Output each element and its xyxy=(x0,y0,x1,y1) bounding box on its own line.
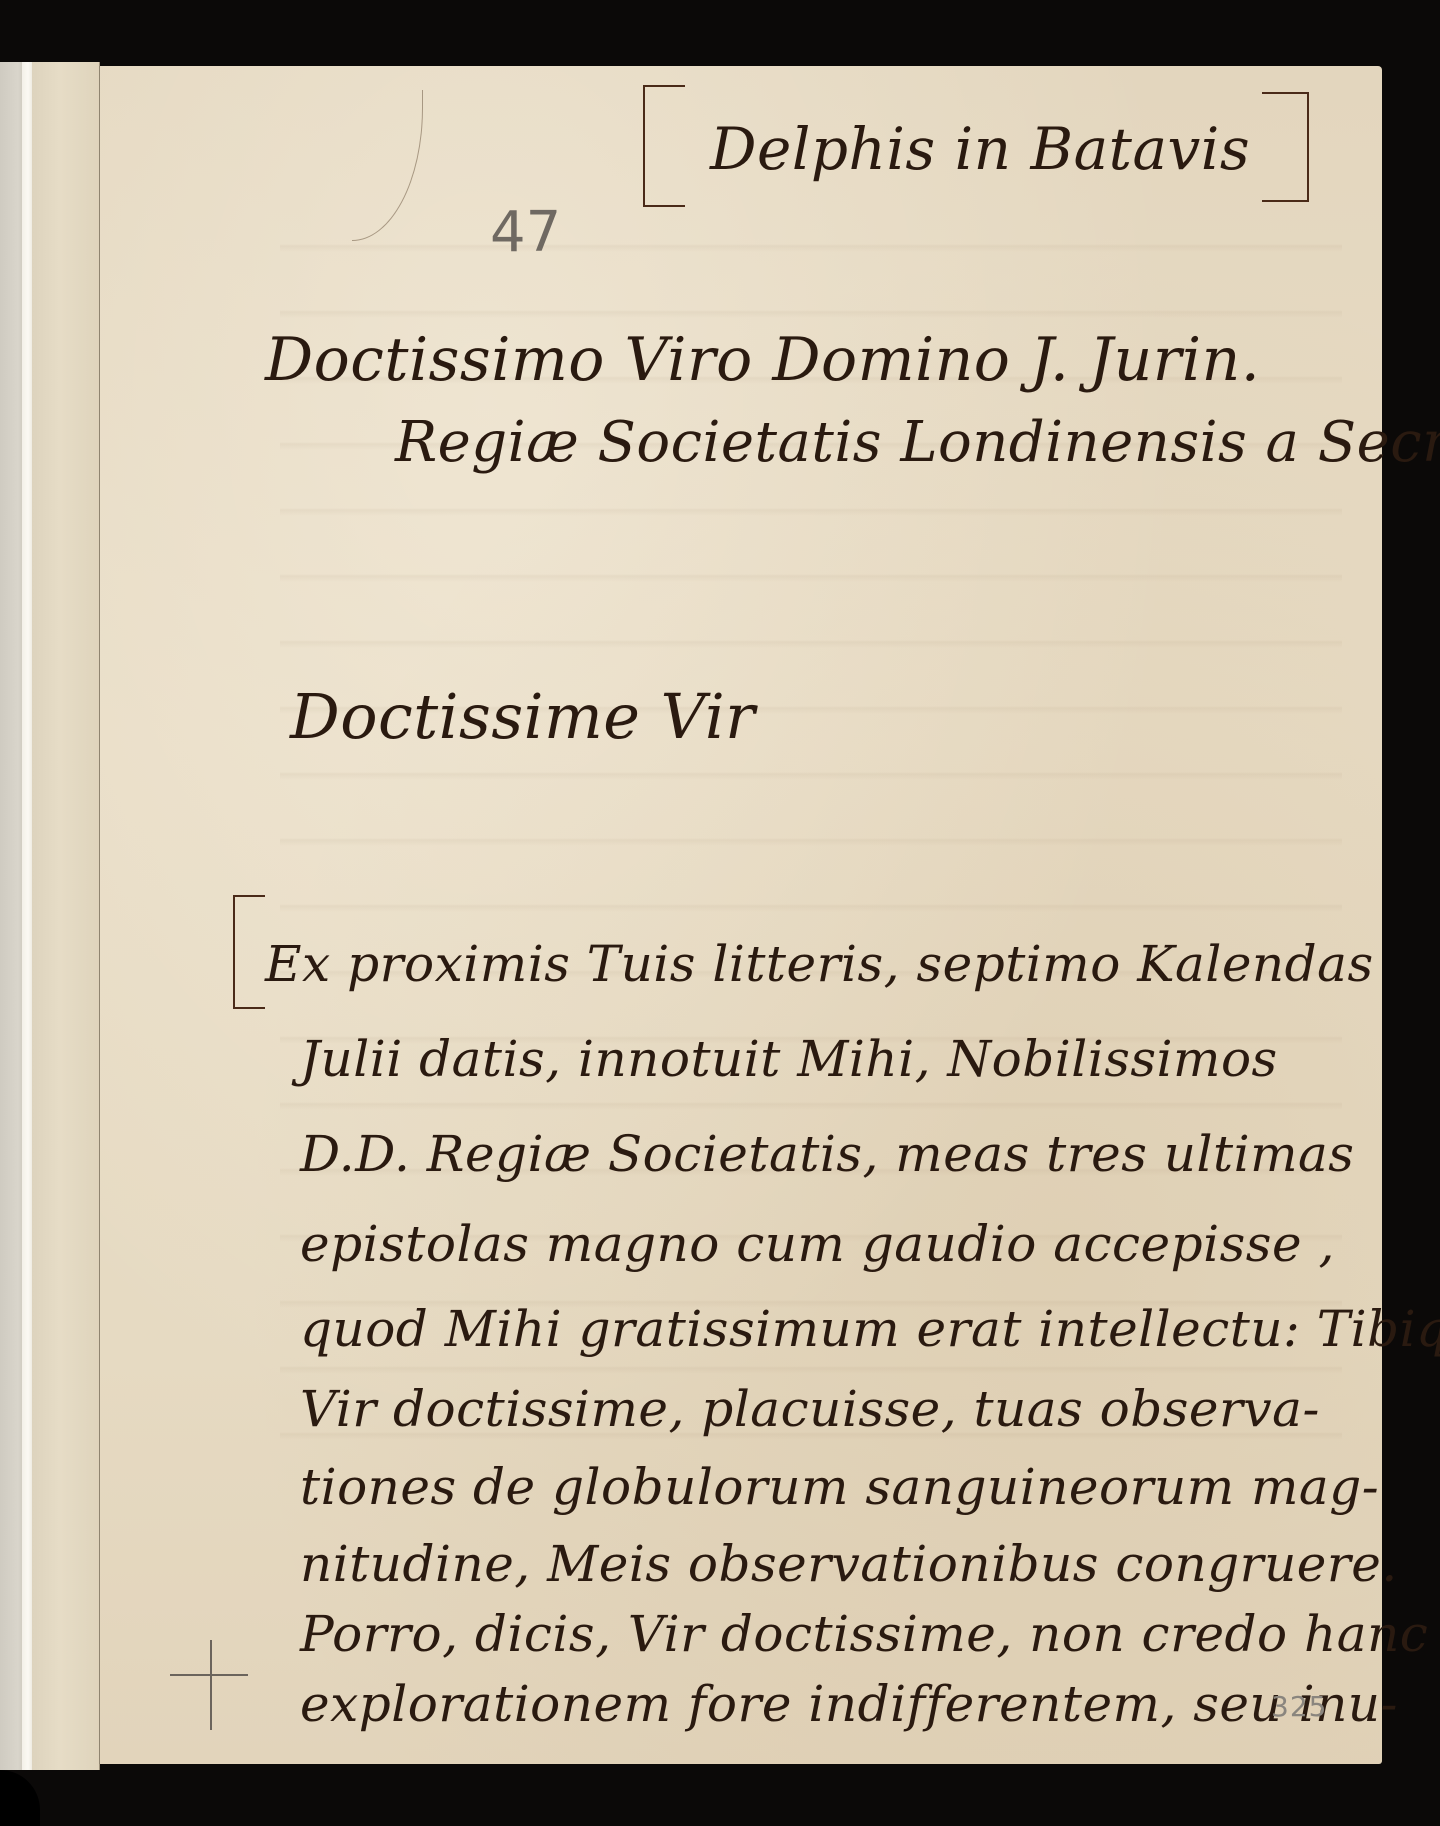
scan-shadow xyxy=(0,1770,40,1826)
body-line: Julii datis, innotuit Mihi, Nobilissimos xyxy=(300,1030,1278,1088)
folio-number: 47 xyxy=(490,200,561,265)
page-number: 325 xyxy=(1271,1690,1327,1723)
place-line: Delphis in Batavis xyxy=(710,115,1250,183)
body-line: nitudine, Meis observationibus congruere… xyxy=(300,1535,1398,1593)
body-line: tiones de globulorum sanguineorum mag- xyxy=(300,1458,1379,1516)
paragraph-bracket xyxy=(233,895,265,1009)
place-bracket-right xyxy=(1262,92,1309,202)
salutation: Doctissime Vir xyxy=(290,680,755,753)
body-line: Ex proximis Tuis litteris, septimo Kalen… xyxy=(265,935,1374,993)
body-line: Vir doctissime, placuisse, tuas observa- xyxy=(300,1380,1320,1438)
address-line-2: Regiæ Societatis Londinensis a Secretis xyxy=(395,410,1440,475)
body-line: explorationem fore indifferentem, seu in… xyxy=(300,1675,1398,1733)
binding-guard-strip xyxy=(32,62,100,1770)
pencil-cross-mark xyxy=(170,1640,250,1730)
body-line: D.D. Regiæ Societatis, meas tres ultimas xyxy=(300,1125,1354,1183)
manuscript-scan: Delphis in Batavis 47 Doctissimo Viro Do… xyxy=(0,0,1440,1826)
address-line-1: Doctissimo Viro Domino J. Jurin. xyxy=(265,325,1260,395)
body-line: epistolas magno cum gaudio accepisse , xyxy=(300,1215,1335,1273)
body-line: Porro, dicis, Vir doctissime, non credo … xyxy=(300,1605,1428,1663)
body-line: quod Mihi gratissimum erat intellectu: T… xyxy=(300,1300,1440,1358)
